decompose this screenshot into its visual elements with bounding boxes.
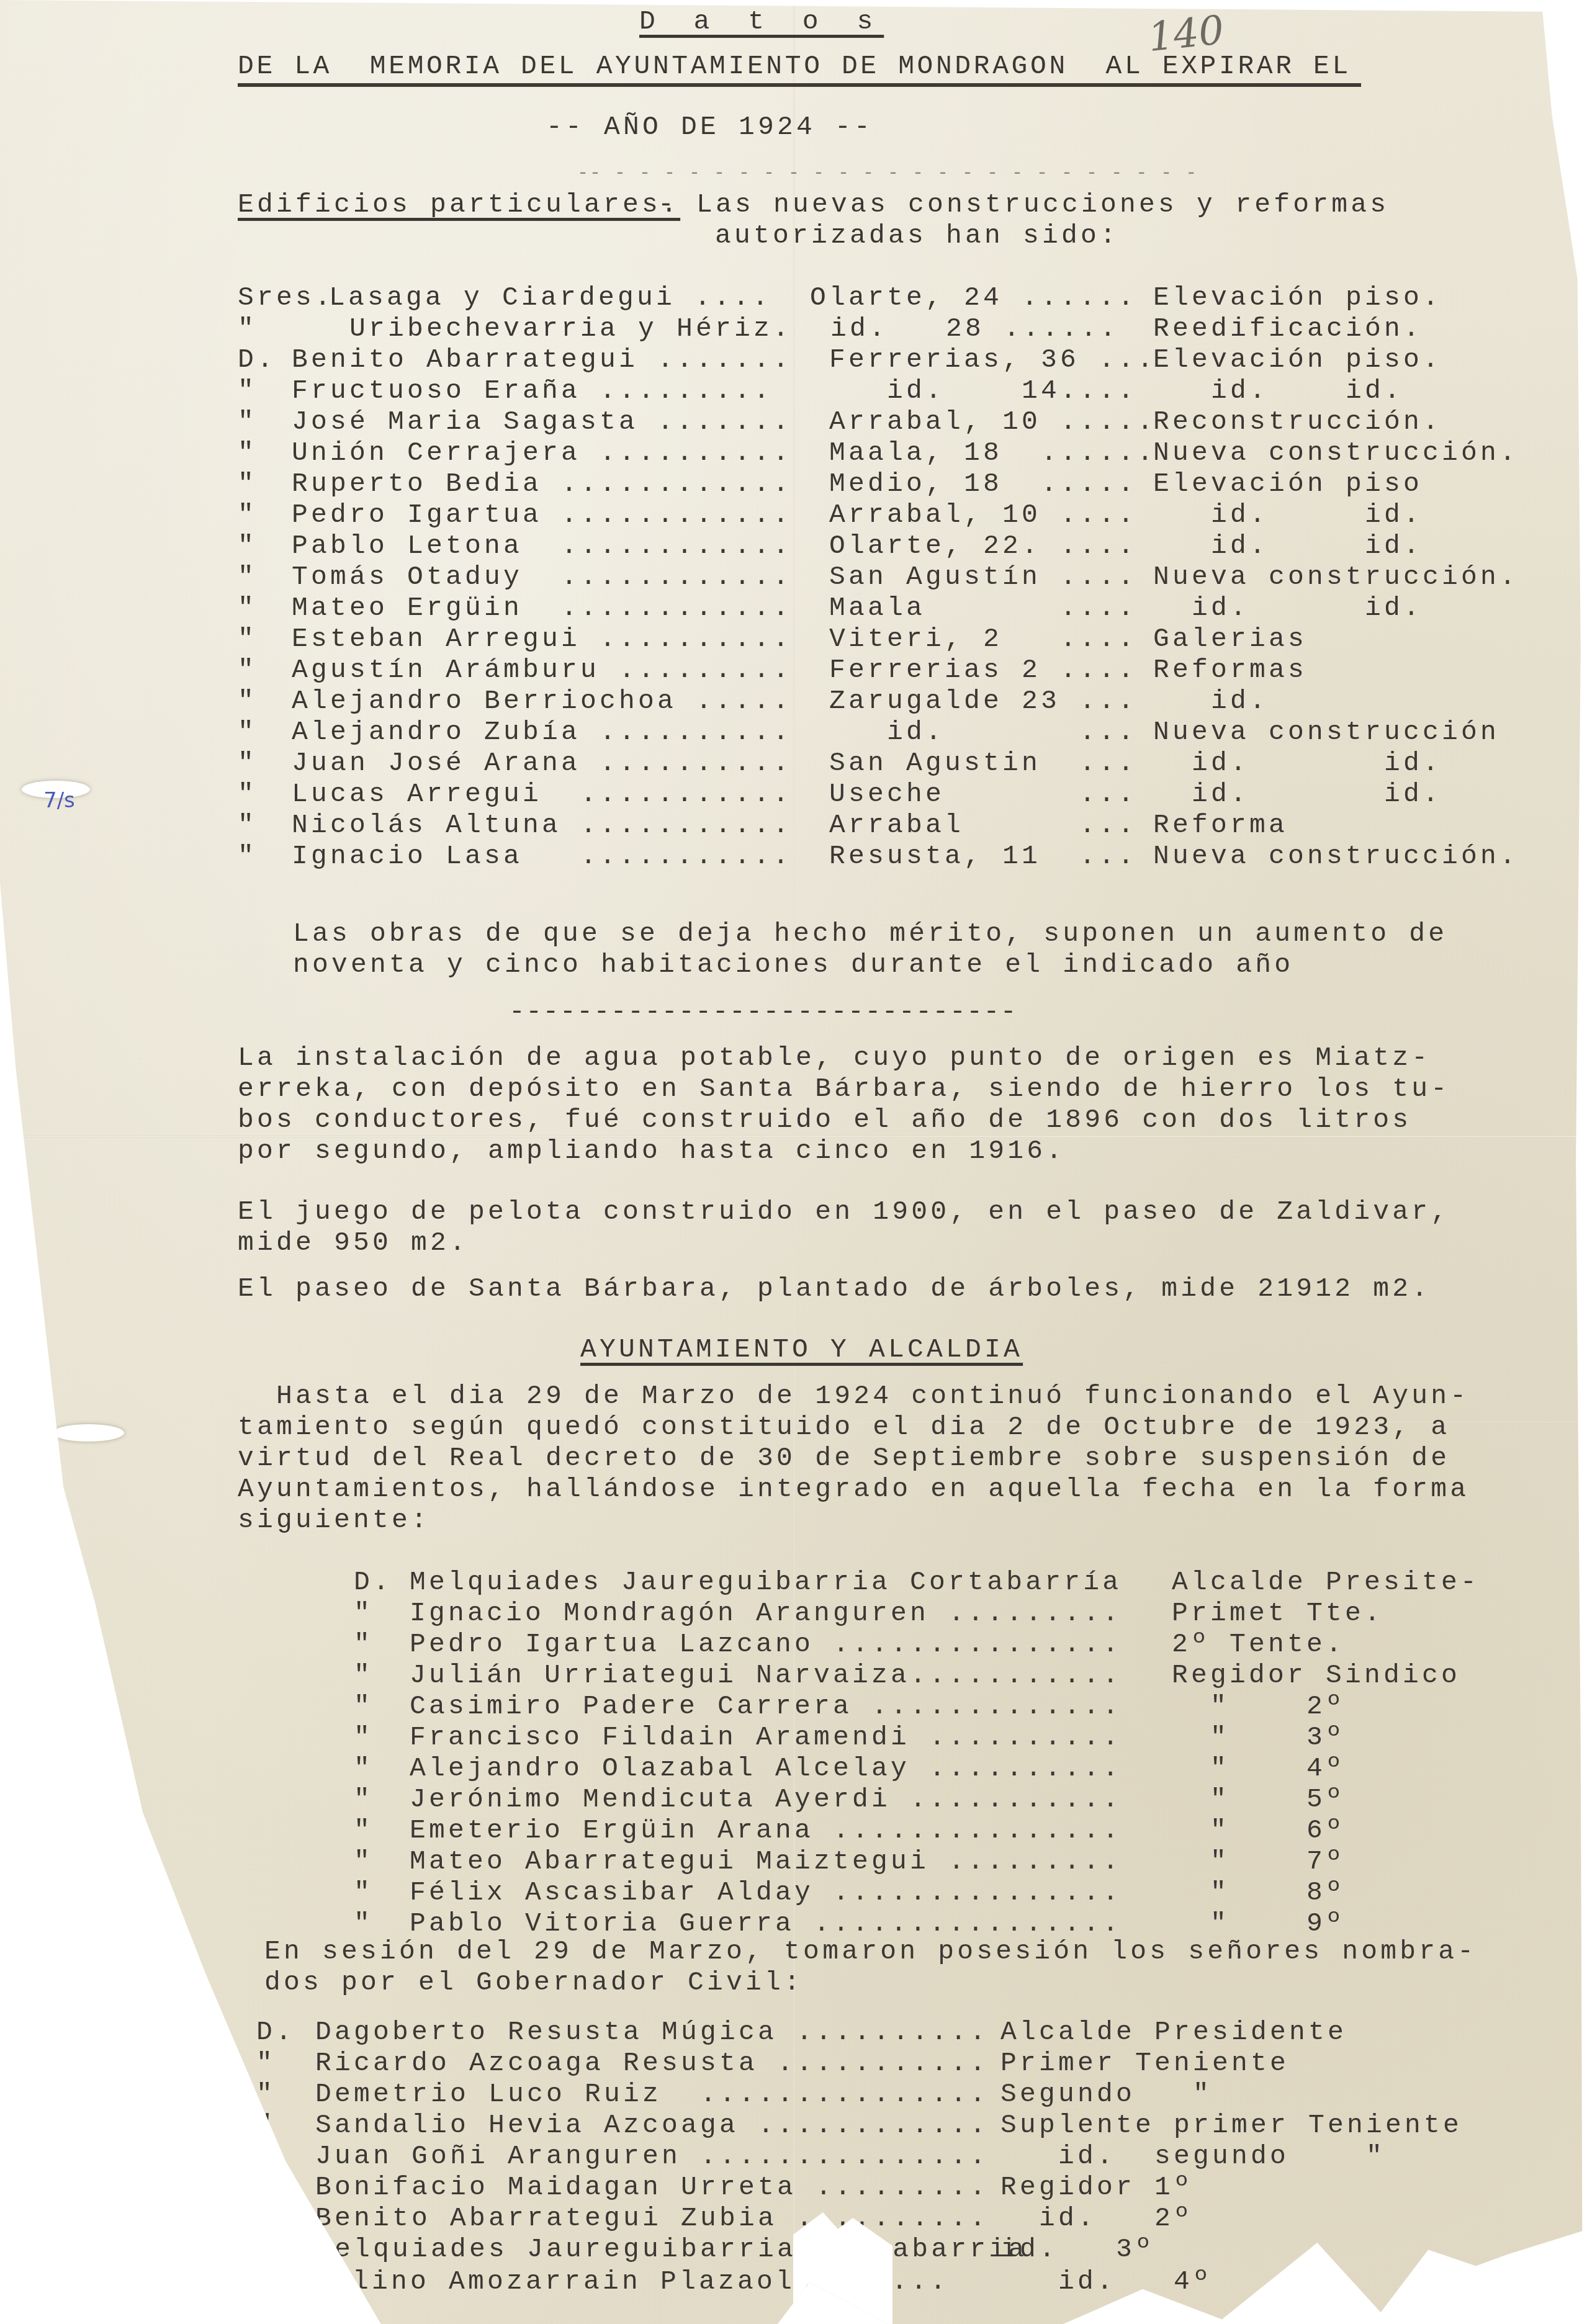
row-address: id. ... — [810, 717, 1137, 748]
row-name: Mateo Ergüin ............ — [292, 593, 792, 624]
row-address: San Agustin ... — [810, 748, 1137, 779]
row-work: Elevación piso. — [1153, 282, 1442, 313]
table-row: " José Maria Sagasta ....... Arrabal, 10… — [0, 406, 1587, 437]
row-prefix: " — [238, 500, 257, 531]
member-prefix: " — [354, 1660, 373, 1691]
row-work: Elevación piso — [1153, 469, 1423, 500]
member-name: Juan Goñi Aranguren ............... — [315, 2141, 989, 2172]
member-prefix: " — [354, 1877, 373, 1908]
row-prefix: Sres. — [238, 282, 334, 313]
member-name: Dagoberto Resusta Múgica .......... — [315, 2017, 989, 2048]
document-page: 7/s D a t o s 140 DE LA MEMORIA DEL AYUN… — [0, 0, 1587, 2324]
member-prefix: D. — [256, 2017, 295, 2048]
member-role: Regidor 1º — [1000, 2172, 1193, 2203]
table-row: " Pedro Igartua ............ Arrabal, 10… — [0, 500, 1587, 531]
list-item: " Juan Goñi Aranguren ............... id… — [0, 2141, 1587, 2172]
member-prefix: " — [256, 2172, 276, 2203]
table-row: " Agustín Arámburu ......... Ferrerias 2… — [0, 655, 1587, 686]
row-name: Pedro Igartua ............ — [292, 500, 792, 531]
member-role: " 8º — [1172, 1877, 1345, 1908]
summary-line: Las obras de que se deja hecho mérito, s… — [293, 918, 1447, 949]
title-underline — [238, 83, 1361, 87]
member-name: Félix Ascasibar Alday ............... — [410, 1877, 1122, 1908]
row-name: Juan José Arana .......... — [292, 748, 792, 779]
member-name: Ricardo Azcoaga Resusta ........... — [315, 2048, 989, 2079]
row-name: Fructuoso Eraña ......... — [292, 375, 773, 406]
punch-hole — [53, 1424, 124, 1442]
member-prefix: " — [354, 1753, 373, 1784]
row-work: Nueva construcción. — [1153, 841, 1519, 872]
row-name: Ruperto Bedia ............ — [292, 469, 792, 500]
row-prefix: " — [238, 686, 257, 717]
member-name: Casimiro Padere Carrera ............. — [410, 1691, 1122, 1722]
member-name: Jerónimo Mendicuta Ayerdi ........... — [410, 1784, 1122, 1815]
list-item: " Bonifacio Maidagan Urreta ......... Re… — [0, 2172, 1587, 2203]
table-row: " Alejandro Berriochoa ..... Zarugalde 2… — [0, 686, 1587, 717]
row-name: Lucas Arregui ........... — [292, 779, 792, 810]
section-separator: ------------------------------ — [509, 997, 1017, 1028]
row-work: id. id. — [1153, 593, 1423, 624]
member-prefix: " — [354, 1722, 373, 1753]
dash-separator: -- - - - - - - - - - - - - - - - - - - -… — [577, 158, 1198, 189]
member-role: id. segundo " — [1000, 2141, 1385, 2172]
row-address: Maala, 18 ...... — [810, 437, 1156, 469]
table-row: " Juan José Arana .......... San Agustin… — [0, 748, 1587, 779]
paragraph-line: mide 950 m2. — [238, 1227, 469, 1258]
row-prefix: " — [238, 779, 257, 810]
list-item: " Julián Urriategui Narvaiza........... … — [0, 1660, 1587, 1691]
member-name: Sandalio Hevia Azcoaga ............ — [315, 2110, 989, 2141]
row-work: id. id. — [1153, 500, 1423, 531]
list-item: " Mateo Abarrategui Maiztegui ......... … — [0, 1846, 1587, 1877]
member-name: Alejandro Olazabal Alcelay .......... — [410, 1753, 1122, 1784]
member-prefix: " — [256, 2203, 276, 2234]
table-row: " Lucas Arregui ........... Useche ... i… — [0, 779, 1587, 810]
member-prefix: " — [354, 1784, 373, 1815]
member-name: Mateo Abarrategui Maiztegui ......... — [410, 1846, 1122, 1877]
member-prefix: " — [256, 2234, 276, 2265]
row-prefix: " — [238, 313, 257, 344]
row-address: Viteri, 2 .... — [810, 624, 1137, 655]
member-role: " 9º — [1172, 1908, 1345, 1939]
paragraph-line: En sesión del 29 de Marzo, tomaron poses… — [245, 1936, 1477, 1967]
row-work: id. id. — [1153, 375, 1403, 406]
row-prefix: " — [238, 717, 257, 748]
row-prefix: " — [238, 562, 257, 593]
row-prefix: " — [238, 655, 257, 686]
row-work: Nueva construcción — [1153, 717, 1499, 748]
list-item: " Pablo Vitoria Guerra ................ … — [0, 1908, 1587, 1939]
row-address: id. 28 ...... — [830, 313, 1119, 344]
row-address: San Agustín .... — [810, 562, 1137, 593]
row-address: Olarte, 22. .... — [810, 531, 1137, 562]
list-item: " Benito Abarrategui Zubia .......... id… — [0, 2203, 1587, 2234]
member-role: Primer Teniente — [1000, 2048, 1289, 2079]
table-row: D. Benito Abarrategui ....... Ferrerias,… — [0, 344, 1587, 375]
table-row: " Mateo Ergüin ............ Maala .... i… — [0, 593, 1587, 624]
paragraph-line: por segundo, ampliando hasta cinco en 19… — [238, 1136, 1065, 1167]
row-prefix: " — [238, 593, 257, 624]
row-work: Nueva construcción. — [1153, 562, 1519, 593]
member-name: Emeterio Ergüin Arana ............... — [410, 1815, 1122, 1846]
table-row: " Uribechevarria y Hériz. id. 28 ...... … — [0, 313, 1587, 344]
table-row: " Unión Cerrajera .......... Maala, 18 .… — [0, 437, 1587, 469]
row-address: Arrabal, 10 ..... — [810, 406, 1156, 437]
member-role: " 7º — [1172, 1846, 1345, 1877]
table-row: " Ignacio Lasa ........... Resusta, 11 .… — [0, 841, 1587, 872]
member-role: id. 4º — [1000, 2266, 1212, 2297]
paragraph-line: La instalación de agua potable, cuyo pun… — [238, 1043, 1431, 1074]
row-work: Nueva construcción. — [1153, 437, 1519, 469]
row-prefix: " — [238, 469, 257, 500]
member-name: Melquiades Jaureguibarria Cortabarría — [410, 1567, 1122, 1598]
member-role: id. 2º — [1000, 2203, 1193, 2234]
member-role: " 4º — [1172, 1753, 1345, 1784]
row-work: Reconstrucción. — [1153, 406, 1442, 437]
row-address: Useche ... — [810, 779, 1137, 810]
list-item: D. Melquiades Jaureguibarria Cortabarría… — [0, 1567, 1587, 1598]
table-row: " Alejandro Zubía .......... id. ... Nue… — [0, 717, 1587, 748]
row-address: Zarugalde 23 ... — [810, 686, 1137, 717]
row-work: Reformas — [1153, 655, 1307, 686]
row-address: Resusta, 11 ... — [810, 841, 1137, 872]
list-item: " Jerónimo Mendicuta Ayerdi ........... … — [0, 1784, 1587, 1815]
paragraph-line: tamiento según quedó constituido el dia … — [238, 1412, 1450, 1443]
row-work: Elevación piso. — [1153, 344, 1442, 375]
row-name: Benito Abarrategui ....... — [292, 344, 792, 375]
member-role: " 3º — [1172, 1722, 1345, 1753]
paragraph-line: El juego de pelota construido en 1900, e… — [238, 1196, 1450, 1227]
row-prefix: " — [238, 748, 257, 779]
member-prefix: " — [354, 1598, 373, 1629]
paragraph-line: Ayuntamientos, hallándose integrado en a… — [238, 1474, 1469, 1505]
row-name: Alejandro Zubía .......... — [292, 717, 792, 748]
row-address: Ferrerias, 36 ... — [810, 344, 1156, 375]
row-work: id. — [1153, 686, 1269, 717]
member-prefix: " — [354, 1846, 373, 1877]
row-prefix: D. — [238, 344, 276, 375]
paragraph-line: Hasta el dia 29 de Marzo de 1924 continu… — [238, 1381, 1469, 1412]
row-name: Nicolás Altuna ........... — [292, 810, 792, 841]
member-name: Demetrio Luco Ruiz ............... — [315, 2079, 989, 2110]
member-name: Francisco Fildain Aramendi .......... — [410, 1722, 1122, 1753]
member-prefix: " — [256, 2110, 276, 2141]
document-title: DE LA MEMORIA DEL AYUNTAMIENTO DE MONDRA… — [238, 51, 1351, 82]
table-row: " Fructuoso Eraña ......... id. 14.... i… — [0, 375, 1587, 406]
member-name: Pedro Igartua Lazcano ............... — [410, 1629, 1122, 1660]
row-work: id. id. — [1153, 531, 1423, 562]
member-role: Regidor Sindico — [1172, 1660, 1460, 1691]
row-prefix: " — [238, 624, 257, 655]
member-role: 2º Tente. — [1172, 1629, 1345, 1660]
member-prefix: " — [354, 1691, 373, 1722]
list-item: " Demetrio Luco Ruiz ............... Seg… — [0, 2079, 1587, 2110]
edificios-intro-line1: - Las nuevas construcciones y reformas — [658, 189, 1389, 220]
document-heading: D a t o s — [639, 6, 884, 37]
row-prefix: " — [238, 375, 257, 406]
table-row: Sres. Lasaga y Ciardegui .... Olarte, 24… — [0, 282, 1587, 313]
row-name: Esteban Arregui .......... — [292, 624, 792, 655]
row-work: id. id. — [1153, 779, 1442, 810]
row-name: Unión Cerrajera .......... — [292, 437, 792, 469]
row-address: Arrabal, 10 .... — [810, 500, 1137, 531]
member-role: " 2º — [1172, 1691, 1345, 1722]
paragraph-line: virtud del Real decreto de 30 de Septiem… — [238, 1443, 1450, 1474]
member-prefix: " — [354, 1629, 373, 1660]
member-role: Primet Tte. — [1172, 1598, 1383, 1629]
section-heading-ayuntamiento: AYUNTAMIENTO Y ALCALDIA — [580, 1334, 1023, 1365]
member-role: id. 3º — [1000, 2234, 1154, 2265]
member-role: Suplente primer Teniente — [1000, 2110, 1462, 2141]
member-role: Alcalde Presite- — [1172, 1567, 1480, 1598]
member-role: " 6º — [1172, 1815, 1345, 1846]
list-item: " Emeterio Ergüin Arana ............... … — [0, 1815, 1587, 1846]
row-work: Reforma — [1153, 810, 1288, 841]
member-prefix: " — [354, 1815, 373, 1846]
list-item: D. Dagoberto Resusta Múgica .......... A… — [0, 2017, 1587, 2048]
member-name: Julián Urriategui Narvaiza........... — [410, 1660, 1122, 1691]
row-name: Pablo Letona ............ — [292, 531, 792, 562]
row-work: Galerias — [1153, 624, 1307, 655]
member-prefix: " — [256, 2141, 276, 2172]
section-heading-edificios: Edificios particulares. — [238, 189, 680, 220]
list-item: " Ignacio Mondragón Aranguren ......... … — [0, 1598, 1587, 1629]
row-work: id. id. — [1153, 748, 1442, 779]
row-address: id. 14.... — [810, 375, 1137, 406]
member-name: Ignacio Mondragón Aranguren ......... — [410, 1598, 1122, 1629]
member-prefix: " — [256, 2048, 276, 2079]
member-name: Benito Abarrategui Zubia .......... — [315, 2203, 989, 2234]
member-name: Pablo Vitoria Guerra ................ — [410, 1908, 1122, 1939]
document-year: -- AÑO DE 1924 -- — [546, 112, 873, 143]
member-role: Segundo " — [1000, 2079, 1212, 2110]
table-row: " Pablo Letona ............ Olarte, 22. … — [0, 531, 1587, 562]
row-name: Lasaga y Ciardegui .... — [329, 282, 771, 313]
list-item: " Félix Ascasibar Alday ............... … — [0, 1877, 1587, 1908]
summary-line: noventa y cinco habitaciones durante el … — [293, 949, 1293, 980]
paragraph-line: El paseo de Santa Bárbara, plantado de á… — [238, 1273, 1431, 1304]
member-prefix: " — [354, 1908, 373, 1939]
list-item: " Alejandro Olazabal Alcelay .......... … — [0, 1753, 1587, 1784]
row-address: Medio, 18 ..... — [810, 469, 1137, 500]
row-name: Uribechevarria y Hériz. — [292, 313, 792, 344]
edificios-intro-line2: autorizadas han sido: — [715, 220, 1119, 251]
row-work: Reedificación. — [1153, 313, 1423, 344]
row-name: Tomás Otaduy ............ — [292, 562, 792, 593]
list-item: " Francisco Fildain Aramendi .......... … — [0, 1722, 1587, 1753]
row-prefix: " — [238, 437, 257, 469]
list-item: " Ricardo Azcoaga Resusta ........... Pr… — [0, 2048, 1587, 2079]
table-row: " Tomás Otaduy ............ San Agustín … — [0, 562, 1587, 593]
row-name: Ignacio Lasa ........... — [292, 841, 792, 872]
table-row: " Ruperto Bedia ............ Medio, 18 .… — [0, 469, 1587, 500]
table-row: " Nicolás Altuna ........... Arrabal ...… — [0, 810, 1587, 841]
row-prefix: " — [238, 841, 257, 872]
row-address: Maala .... — [810, 593, 1137, 624]
paragraph-line: dos por el Gobernador Civil: — [245, 1967, 803, 1998]
member-prefix: D. — [354, 1567, 392, 1598]
paragraph-line: bos conductores, fué construido el año d… — [238, 1105, 1411, 1136]
member-role: " 5º — [1172, 1784, 1345, 1815]
member-prefix: " — [256, 2079, 276, 2110]
row-address: Ferrerias 2 .... — [810, 655, 1137, 686]
row-name: Agustín Arámburu ......... — [292, 655, 792, 686]
member-role: Alcalde Presidente — [1000, 2017, 1347, 2048]
member-name: Melquiades Jaureguibarria Cortabarria — [315, 2234, 1027, 2265]
row-address: Arrabal ... — [810, 810, 1137, 841]
paragraph-line: erreka, con depósito en Santa Bárbara, s… — [238, 1074, 1450, 1105]
list-item: " Casimiro Padere Carrera ............. … — [0, 1691, 1587, 1722]
row-address: Olarte, 24 ...... — [810, 282, 1137, 313]
row-prefix: " — [238, 406, 257, 437]
row-name: José Maria Sagasta ....... — [292, 406, 792, 437]
row-prefix: " — [238, 810, 257, 841]
list-item: " Pedro Igartua Lazcano ............... … — [0, 1629, 1587, 1660]
table-row: " Esteban Arregui .......... Viteri, 2 .… — [0, 624, 1587, 655]
row-name: Alejandro Berriochoa ..... — [292, 686, 792, 717]
paragraph-line: siguiente: — [238, 1505, 430, 1536]
row-prefix: " — [238, 531, 257, 562]
list-item: " Sandalio Hevia Azcoaga ............ Su… — [0, 2110, 1587, 2141]
member-name: Bonifacio Maidagan Urreta ......... — [315, 2172, 989, 2203]
